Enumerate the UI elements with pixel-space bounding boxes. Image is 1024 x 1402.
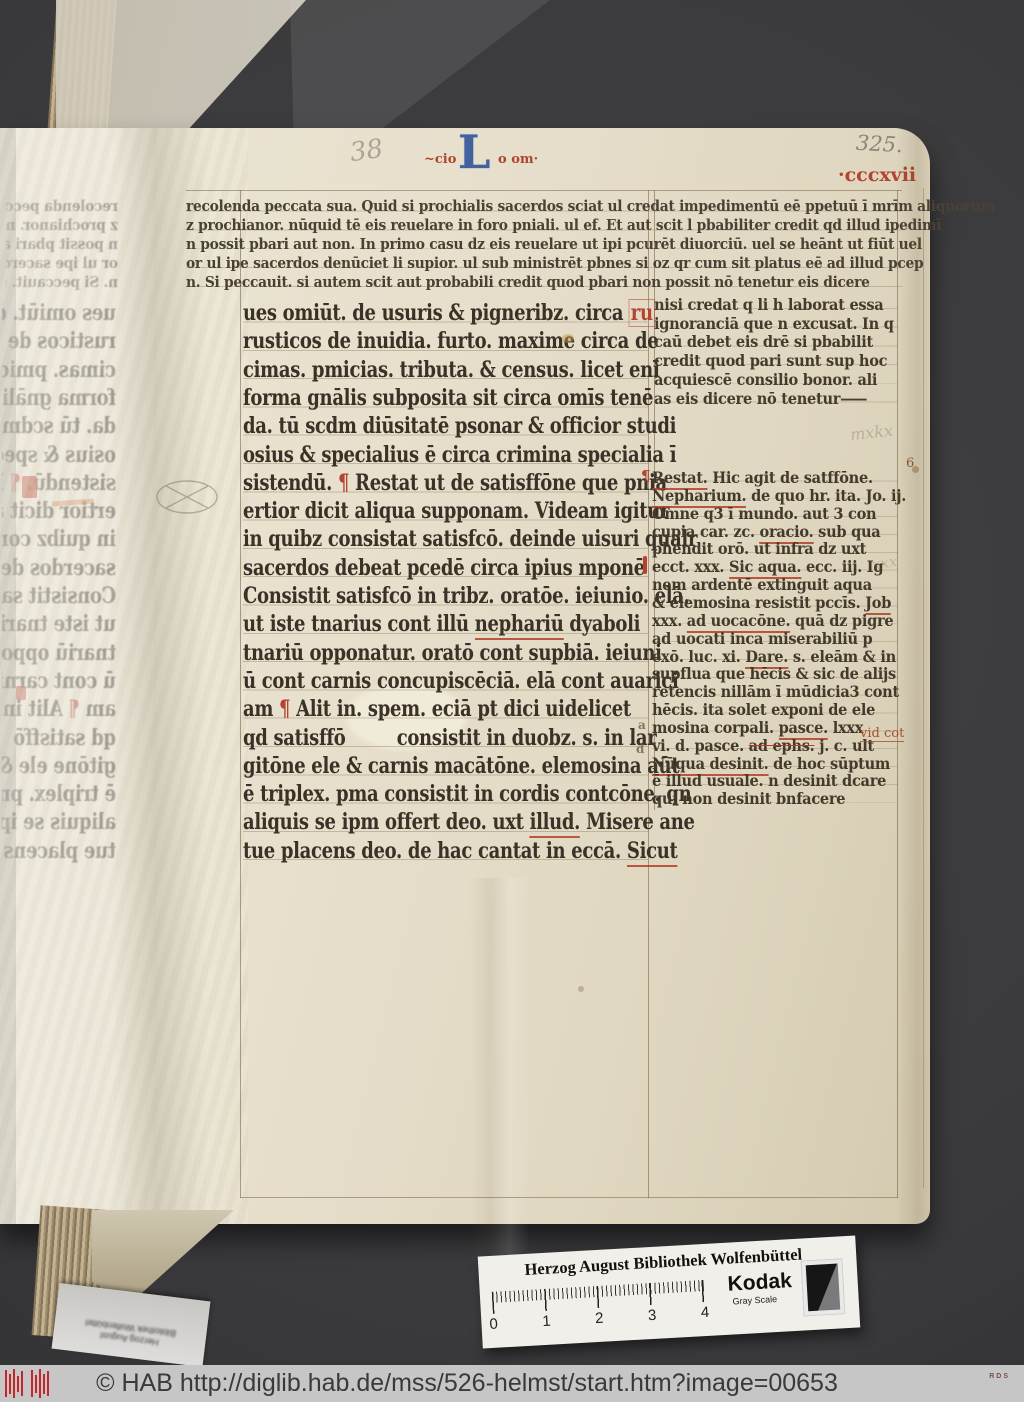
pencil-doodle: [152, 474, 222, 520]
footer-caption: © HAB http://diglib.hab.de/mss/526-helms…: [0, 1365, 934, 1402]
catch-letter-a: a: [638, 718, 646, 732]
left-column-text: ues omiūt. de usuris & pigneribz. circa …: [243, 300, 648, 872]
ruling-top: [186, 190, 902, 191]
right-column-lower-text: Restat. Hic agit de satffōne.Nepharium. …: [652, 468, 898, 809]
page-curvature-shade: [896, 128, 930, 1224]
ruling-left-border: [240, 190, 241, 1198]
footer-bar: © HAB http://diglib.hab.de/mss/526-helms…: [0, 1365, 1024, 1402]
red-margin-bar: [643, 556, 647, 574]
card-library-title: Herzog August Bibliothek Wolfenbüttel: [478, 1242, 849, 1283]
ruler-number-4: 4: [700, 1304, 709, 1321]
ruler-scale: 0 1 2 3 4: [492, 1279, 720, 1336]
ink-stain-3: [578, 986, 584, 992]
gray-patch: [800, 1258, 845, 1316]
margin-pencil-top: mxkx: [849, 421, 894, 444]
header-red-suffix: o om·: [498, 152, 538, 167]
ruling-bottom: [240, 1197, 898, 1198]
ruler-number-0: 0: [489, 1316, 498, 1333]
photo-canvas: recolenda peccata sua. Quid si prochiali…: [0, 0, 1024, 1402]
shelf-label: Herzog August Bibliothek Wolfenbüttel: [52, 1283, 211, 1367]
interleaf-tissue-corner: [56, 0, 306, 132]
top-text-block: recolenda peccata sua. Quid si prochiali…: [186, 197, 902, 296]
gray-patch-inner: [806, 1264, 841, 1312]
right-column-pilcrow: ¶: [641, 467, 651, 485]
manuscript-page: recolenda peccata sua. Quid si prochiali…: [0, 128, 930, 1224]
kodak-brand: Kodak: [727, 1269, 792, 1297]
kodak-grayscale-card: Herzog August Bibliothek Wolfenbüttel 0 …: [478, 1236, 861, 1349]
catch-letter-d: d: [636, 742, 644, 756]
ink-stain-1: [562, 334, 574, 343]
header-red-prefix: ~cio: [424, 152, 456, 167]
header-blue-initial: L: [458, 132, 490, 172]
footer-corner-code: RDS: [989, 1373, 1010, 1380]
ruler-number-1: 1: [542, 1313, 551, 1330]
ruler-number-3: 3: [648, 1307, 657, 1324]
kodak-grayscale-label: Gray Scale: [732, 1294, 777, 1306]
ruler-number-2: 2: [595, 1310, 604, 1327]
pencil-quire-mark: 38: [348, 134, 385, 168]
right-column-upper-text: nisi credat q li h laborat essaignoranci…: [654, 295, 898, 408]
curled-leaf-corner: [92, 1210, 234, 1302]
